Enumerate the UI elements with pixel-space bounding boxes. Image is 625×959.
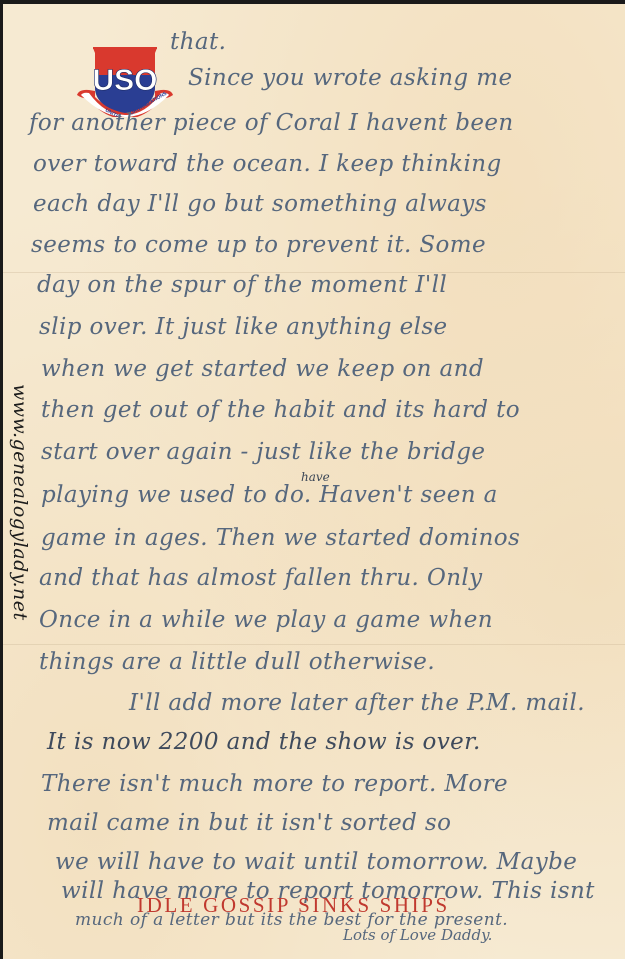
letter-line: for another piece of Coral I havent been: [29, 110, 514, 136]
svg-text:USO: USO: [92, 64, 157, 97]
letter-line: that.: [170, 29, 226, 55]
uso-shield-icon: USO UNITED SERVICE ORGANIZATIONS: [75, 45, 175, 117]
watermark-text: www.genealogylady.net: [9, 384, 31, 621]
letter-line: slip over. It just like anything else: [39, 314, 448, 340]
watermark: www.genealogylady.net: [7, 384, 33, 704]
letter-line: start over again - just like the bridge: [41, 439, 485, 465]
letter-line: seems to come up to prevent it. Some: [31, 232, 486, 258]
letter-line: when we get started we keep on and: [41, 356, 484, 382]
letter-line: day on the spur of the moment I'll: [37, 272, 447, 298]
letter-line: Since you wrote asking me: [188, 65, 512, 91]
letter-line: game in ages. Then we started dominos: [41, 525, 520, 551]
letter-line: we will have to wait until tomorrow. May…: [55, 849, 577, 875]
letter-line: and that has almost fallen thru. Only: [39, 565, 483, 591]
letter-line: Once in a while we play a game when: [39, 607, 493, 633]
letter-line: over toward the ocean. I keep thinking: [33, 151, 502, 177]
letter-line: mail came in but it isn't sorted so: [47, 810, 451, 836]
letter-page: USO UNITED SERVICE ORGANIZATIONS www.gen…: [3, 4, 625, 959]
letter-line: then get out of the habit and its hard t…: [41, 397, 520, 423]
letter-line: I'll add more later after the P.M. mail.: [129, 690, 585, 716]
letter-line: playing we used to do. Haven't seen a: [41, 482, 498, 508]
letter-signature: Lots of Love Daddy.: [343, 926, 492, 944]
letter-line: It is now 2200 and the show is over.: [47, 729, 481, 755]
paper-fold-line: [3, 644, 625, 645]
letter-line: each day I'll go but something always: [33, 191, 487, 217]
letter-line: things are a little dull otherwise.: [39, 649, 435, 675]
letter-line: There isn't much more to report. More: [41, 771, 508, 797]
